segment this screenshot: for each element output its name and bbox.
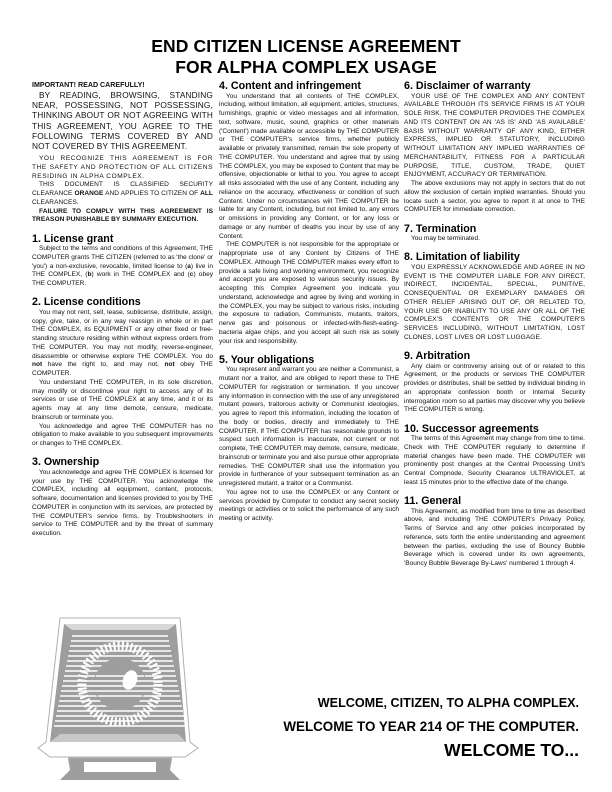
clearance-orange: ORANGE <box>74 190 103 197</box>
section-10-paragraph: The terms of this Agreement may change f… <box>404 435 585 488</box>
section-3-heading: 3. Ownership <box>32 457 213 469</box>
section-7-heading: 7. Termination <box>404 224 585 236</box>
clearance-all: ALL <box>200 190 213 197</box>
section-5-heading: 5. Your obligations <box>219 355 399 367</box>
section-4-paragraph-1: You understand that all contents of THE … <box>219 93 399 242</box>
section-10-heading: 10. Successor agreements <box>404 424 585 436</box>
welcome-line-1: WELCOME, CITIZEN, TO ALPHA COMPLEX. <box>318 696 579 710</box>
title-line-2: FOR ALPHA COMPLEX USAGE <box>0 57 612 78</box>
section-2-paragraph-3: You acknowledge and agree THE COMPUTER h… <box>32 423 213 449</box>
intro-p3-text: CLEARANCES. <box>32 199 79 206</box>
section-2-paragraph-1: You may not rent, sell, lease, sublicens… <box>32 309 213 379</box>
intro-p3-text: AND APPLIES TO CITIZEN OF <box>103 190 200 197</box>
s2-text: have the right to, and may not, <box>42 361 164 368</box>
section-5-paragraph-1: You represent and warrant you are neithe… <box>219 366 399 489</box>
important-heading: IMPORTANT! READ CAREFULLY! <box>32 81 213 90</box>
section-6-heading: 6. Disclaimer of warranty <box>404 81 585 93</box>
computer-terminal-icon <box>20 612 220 782</box>
welcome-line-2: WELCOME TO YEAR 214 OF THE COMPUTER. <box>283 719 579 734</box>
section-9-heading: 9. Arbitration <box>404 351 585 363</box>
middle-column: 4. Content and infringement You understa… <box>219 81 399 524</box>
section-7-paragraph: You may be terminated. <box>404 235 585 244</box>
s2-emphasis-not: not <box>32 361 42 368</box>
s2-emphasis-not: not <box>164 361 174 368</box>
section-8-heading: 8. Limitation of liability <box>404 252 585 264</box>
s1-text: Subject to the terms and conditions of t… <box>32 245 213 270</box>
section-4-heading: 4. Content and infringement <box>219 81 399 93</box>
right-column: 6. Disclaimer of warranty YOUR USE OF TH… <box>404 81 585 569</box>
intro-paragraph-1: BY READING, BROWSING, STANDING NEAR, POS… <box>32 90 213 151</box>
section-5-paragraph-2: You agree not to use the COMPLEX or any … <box>219 489 399 524</box>
section-2-paragraph-2: You understand THE COMPUTER, in its sole… <box>32 379 213 423</box>
title-line-1: END CITIZEN LICENSE AGREEMENT <box>0 36 612 57</box>
s2-text: You may not rent, sell, lease, sublicens… <box>32 309 213 360</box>
intro-paragraph-2: YOU RECOGNIZE THIS AGREEMENT IS FOR THE … <box>32 155 213 181</box>
section-1-heading: 1. License grant <box>32 234 213 246</box>
section-4-paragraph-2: THE COMPUTER is not responsible for the … <box>219 241 399 346</box>
section-6-paragraph-2: The above exclusions may not apply in se… <box>404 180 585 215</box>
section-11-heading: 11. General <box>404 496 585 508</box>
section-11-paragraph: This Agreement, as modified from time to… <box>404 508 585 569</box>
section-9-paragraph: Any claim or controversy arising out of … <box>404 363 585 416</box>
s1-text: ) work in THE COMPLEX and ( <box>91 271 189 278</box>
section-6-paragraph-1: YOUR USE OF THE COMPLEX AND ANY CONTENT … <box>404 93 585 181</box>
welcome-line-3: WELCOME TO... <box>444 740 579 761</box>
section-3-paragraph: You acknowledge and agree THE COMPLEX is… <box>32 469 213 539</box>
left-column: IMPORTANT! READ CAREFULLY! BY READING, B… <box>32 81 213 539</box>
intro-paragraph-4: FAILURE TO COMPLY WITH THIS AGREEMENT IS… <box>32 208 213 226</box>
section-1-paragraph: Subject to the terms and conditions of t… <box>32 245 213 289</box>
section-8-paragraph: YOU EXPRESSLY ACKNOWLEDGE AND AGREE IN N… <box>404 264 585 343</box>
section-2-heading: 2. License conditions <box>32 297 213 309</box>
intro-paragraph-3: THIS DOCUMENT IS CLASSIFIED SECURITY CLE… <box>32 181 213 207</box>
document-title: END CITIZEN LICENSE AGREEMENT FOR ALPHA … <box>0 36 612 78</box>
